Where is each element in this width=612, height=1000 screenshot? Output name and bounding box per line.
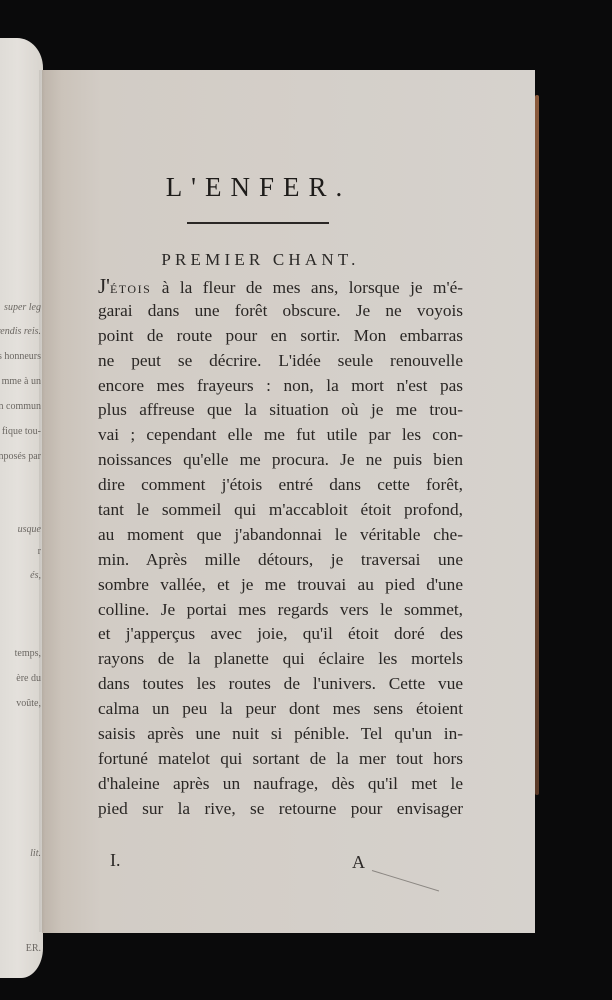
gutter-shadow — [39, 70, 45, 932]
body-line: pied sur la rive, se retourne pour envis… — [98, 797, 463, 822]
body-line: saisis après une nuit si pénible. Tel qu… — [98, 722, 463, 747]
body-line: fortuné matelot qui sortant de la mer to… — [98, 747, 463, 772]
right-page: L'ENFER. PREMIER CHANT. J'ÉTOIS à la fle… — [42, 70, 535, 933]
left-page-text-fragment: nposés par — [0, 451, 41, 462]
body-line: et j'apperçus avec joie, qu'il étoit dor… — [98, 622, 463, 647]
pencil-mark — [372, 870, 439, 891]
left-page-text-fragment: fique tou- — [2, 426, 41, 437]
chapter-heading: PREMIER CHANT. — [14, 250, 507, 270]
body-line: encore mes frayeurs : non, la mort n'est… — [98, 374, 463, 399]
left-page-text-fragment: voûte, — [16, 698, 41, 709]
body-line: ne peut se décrire. L'idée seule renouve… — [98, 349, 463, 374]
body-line: d'haleine après un naufrage, dès qu'il m… — [98, 772, 463, 797]
title-rule-divider — [187, 222, 329, 224]
dropcap: J' — [98, 274, 110, 298]
left-page-text-fragment: usque — [18, 524, 41, 535]
left-page-text-fragment: rendis reis. — [0, 326, 41, 337]
smallcaps-word: ÉTOIS — [110, 282, 151, 296]
body-line: calma un peu la peur dont mes sens étoie… — [98, 697, 463, 722]
left-page-text-fragment: n commun — [0, 401, 41, 412]
page-title: L'ENFER. — [12, 172, 505, 203]
body-line-first: J'ÉTOIS à la fleur de mes ans, lorsque j… — [98, 274, 463, 299]
page-edge-binding — [535, 95, 539, 795]
signature-volume: I. — [110, 850, 121, 871]
body-line: noissances qu'elle me procura. Je ne pui… — [98, 448, 463, 473]
body-text: J'ÉTOIS à la fleur de mes ans, lorsque j… — [98, 274, 463, 822]
signature-letter: A — [352, 852, 365, 873]
left-page-text-fragment: ER. — [26, 943, 41, 954]
body-line: min. Après mille détours, je traversai u… — [98, 548, 463, 573]
left-page-text-fragment: ère du — [16, 673, 41, 684]
body-line: vai ; cependant elle me fut utile par le… — [98, 423, 463, 448]
body-line: tant le sommeil qui m'accabloit étoit pr… — [98, 498, 463, 523]
body-line: colline. Je portai mes regards vers le s… — [98, 598, 463, 623]
body-line: garai dans une forêt obscure. Je ne voyo… — [98, 299, 463, 324]
body-line: plus affreuse que la situation où je me … — [98, 398, 463, 423]
body-line: point de route pour en sortir. Mon embar… — [98, 324, 463, 349]
first-line-rest: à la fleur de mes ans, lorsque je m'é- — [151, 278, 463, 297]
left-page-text-fragment: super leg — [4, 302, 41, 313]
body-line: sombre vallée, et je me trouvai au pied … — [98, 573, 463, 598]
left-page-text-fragment: temps, — [15, 648, 41, 659]
body-line: rayons de la planette qui éclaire les mo… — [98, 647, 463, 672]
left-page-text-fragment: mme à un — [2, 376, 41, 387]
left-page-text-fragment: s honneurs — [0, 351, 41, 362]
body-line: dans toutes les routes de l'univers. Cet… — [98, 672, 463, 697]
body-line: dire comment j'étois entré dans cette fo… — [98, 473, 463, 498]
photograph-scene: super legrendis reis.s honneursmme à unn… — [0, 0, 612, 1000]
body-line: au moment que j'abandonnai le véritable … — [98, 523, 463, 548]
